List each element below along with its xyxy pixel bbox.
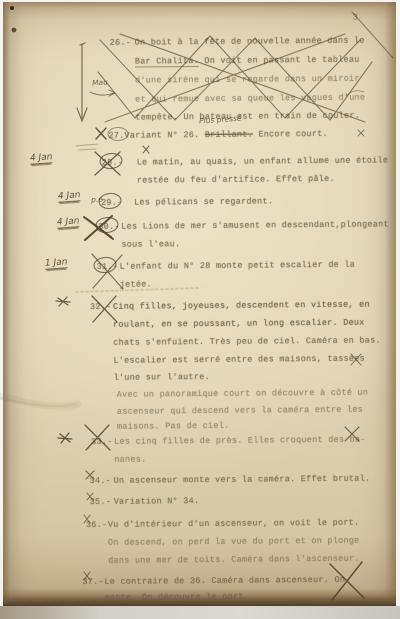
margin-note-jan-28: 4 Jan bbox=[30, 152, 53, 164]
scanned-document-photo: 3 26.- On boit à la fête de nouvelle ann… bbox=[0, 0, 400, 619]
item-29-number: 29.- bbox=[101, 198, 122, 208]
typed-line: maisons. Pas de ciel. bbox=[117, 421, 229, 432]
item-37-number: 37.- bbox=[82, 577, 103, 587]
typed-line: et qui remue avec sa queue les vagues d'… bbox=[135, 93, 365, 105]
item-28-number: 28.- bbox=[102, 158, 123, 168]
item-27-line: 27.Variant N° 26. Brillant. Encore court… bbox=[108, 129, 328, 141]
typed-line: Le matin, au quais, un enfant allume une… bbox=[137, 155, 389, 167]
typed-line: tempête. Un bateau est en train de coule… bbox=[135, 111, 360, 123]
typed-line: Un ascenseur monte vers la caméra. Effet… bbox=[113, 474, 370, 486]
typed-line: Vu d'intérieur d'un ascenseur, on voit l… bbox=[108, 518, 360, 530]
jan-label: 4 Jan bbox=[57, 216, 80, 229]
typed-line: On boit à la fête de nouvelle année dans… bbox=[135, 36, 365, 48]
typed-line: Encore court. bbox=[253, 129, 328, 140]
item-32-number: 32.- bbox=[90, 302, 111, 312]
item-36-number: 36.- bbox=[86, 520, 107, 530]
page-number: 3 bbox=[352, 13, 357, 23]
typed-line: Les pélicans se regardent. bbox=[134, 196, 273, 207]
typed-line: roulant, en se poussant, un long escalie… bbox=[113, 318, 365, 330]
margin-note-mau: Mau bbox=[92, 77, 108, 87]
typed-line: sous l'eau. bbox=[121, 239, 180, 250]
typed-line: restée du feu d'artifice. Effet pâle. bbox=[137, 174, 335, 186]
jan-label: 4 Jan bbox=[30, 152, 53, 165]
margin-note-jan-31: 1 Jan bbox=[45, 257, 68, 269]
typed-line: nanes. bbox=[114, 454, 146, 464]
item-33-number: 33.- bbox=[91, 437, 112, 447]
typed-line: ascenseur qui descend vers la caméra ent… bbox=[117, 405, 363, 417]
item-26-number: 26.- bbox=[110, 38, 131, 48]
typed-line: dans une mer de toits. Caméra dans l'asc… bbox=[108, 554, 360, 566]
typed-line: Variation N° 34. bbox=[114, 496, 200, 507]
typed-line: Cinq filles, joyeuses, descendent en vit… bbox=[113, 300, 370, 312]
item-34-number: 34.- bbox=[89, 476, 110, 486]
margin-note-jan-30: 4 Jan bbox=[57, 216, 80, 228]
typed-line: Avec un panoramique court on découvre à … bbox=[117, 388, 369, 400]
typed-line: d'une sirène qui se regarde dans un miro… bbox=[135, 74, 360, 86]
typed-line: On descend, on perd la vue du port et on… bbox=[108, 536, 360, 548]
typed-line: jetée. bbox=[120, 279, 152, 289]
typed-line: monte. On découvre le port. bbox=[104, 592, 249, 603]
jan-label: 1 Jan bbox=[45, 257, 68, 270]
typed-line: On voit en passant le tableau bbox=[199, 55, 360, 66]
typewritten-layer: 3 26.- On boit à la fête de nouvelle ann… bbox=[0, 0, 400, 619]
margin-note-jan-29: 4 Jan bbox=[58, 190, 81, 202]
struck-word: Brillant. bbox=[205, 130, 253, 140]
item-30-number: 30.- bbox=[98, 222, 119, 232]
typed-line: chats s'enfuient. Très peu de ciel. Camé… bbox=[113, 335, 381, 347]
item-35-number: 35.- bbox=[90, 497, 111, 507]
typed-line: L'enfant du N° 28 monte petit escalier d… bbox=[120, 260, 356, 272]
item-31-number: 31.- bbox=[97, 262, 118, 272]
jan-label: 4 Jan bbox=[58, 190, 81, 203]
margin-note-pe: p.e bbox=[91, 195, 103, 205]
typed-line: Les Lions de mer s'amusent en descendant… bbox=[121, 219, 389, 231]
typed-line: Bar Chalita. On voit en passant le table… bbox=[135, 55, 360, 67]
underlined-text: Bar Chalita. bbox=[135, 56, 199, 68]
typed-line: l'une sur l'autre. bbox=[114, 372, 210, 383]
typed-line: Variant N° 26. bbox=[124, 130, 204, 141]
typed-line: L'escalier est serré entre des maisons, … bbox=[113, 354, 365, 366]
typed-line: Le contraire de 36. Caméra dans ascenseu… bbox=[104, 575, 345, 587]
item-27-number: 27. bbox=[108, 131, 124, 141]
typed-line: Les cinq filles de près. Elles croquent … bbox=[114, 435, 366, 447]
